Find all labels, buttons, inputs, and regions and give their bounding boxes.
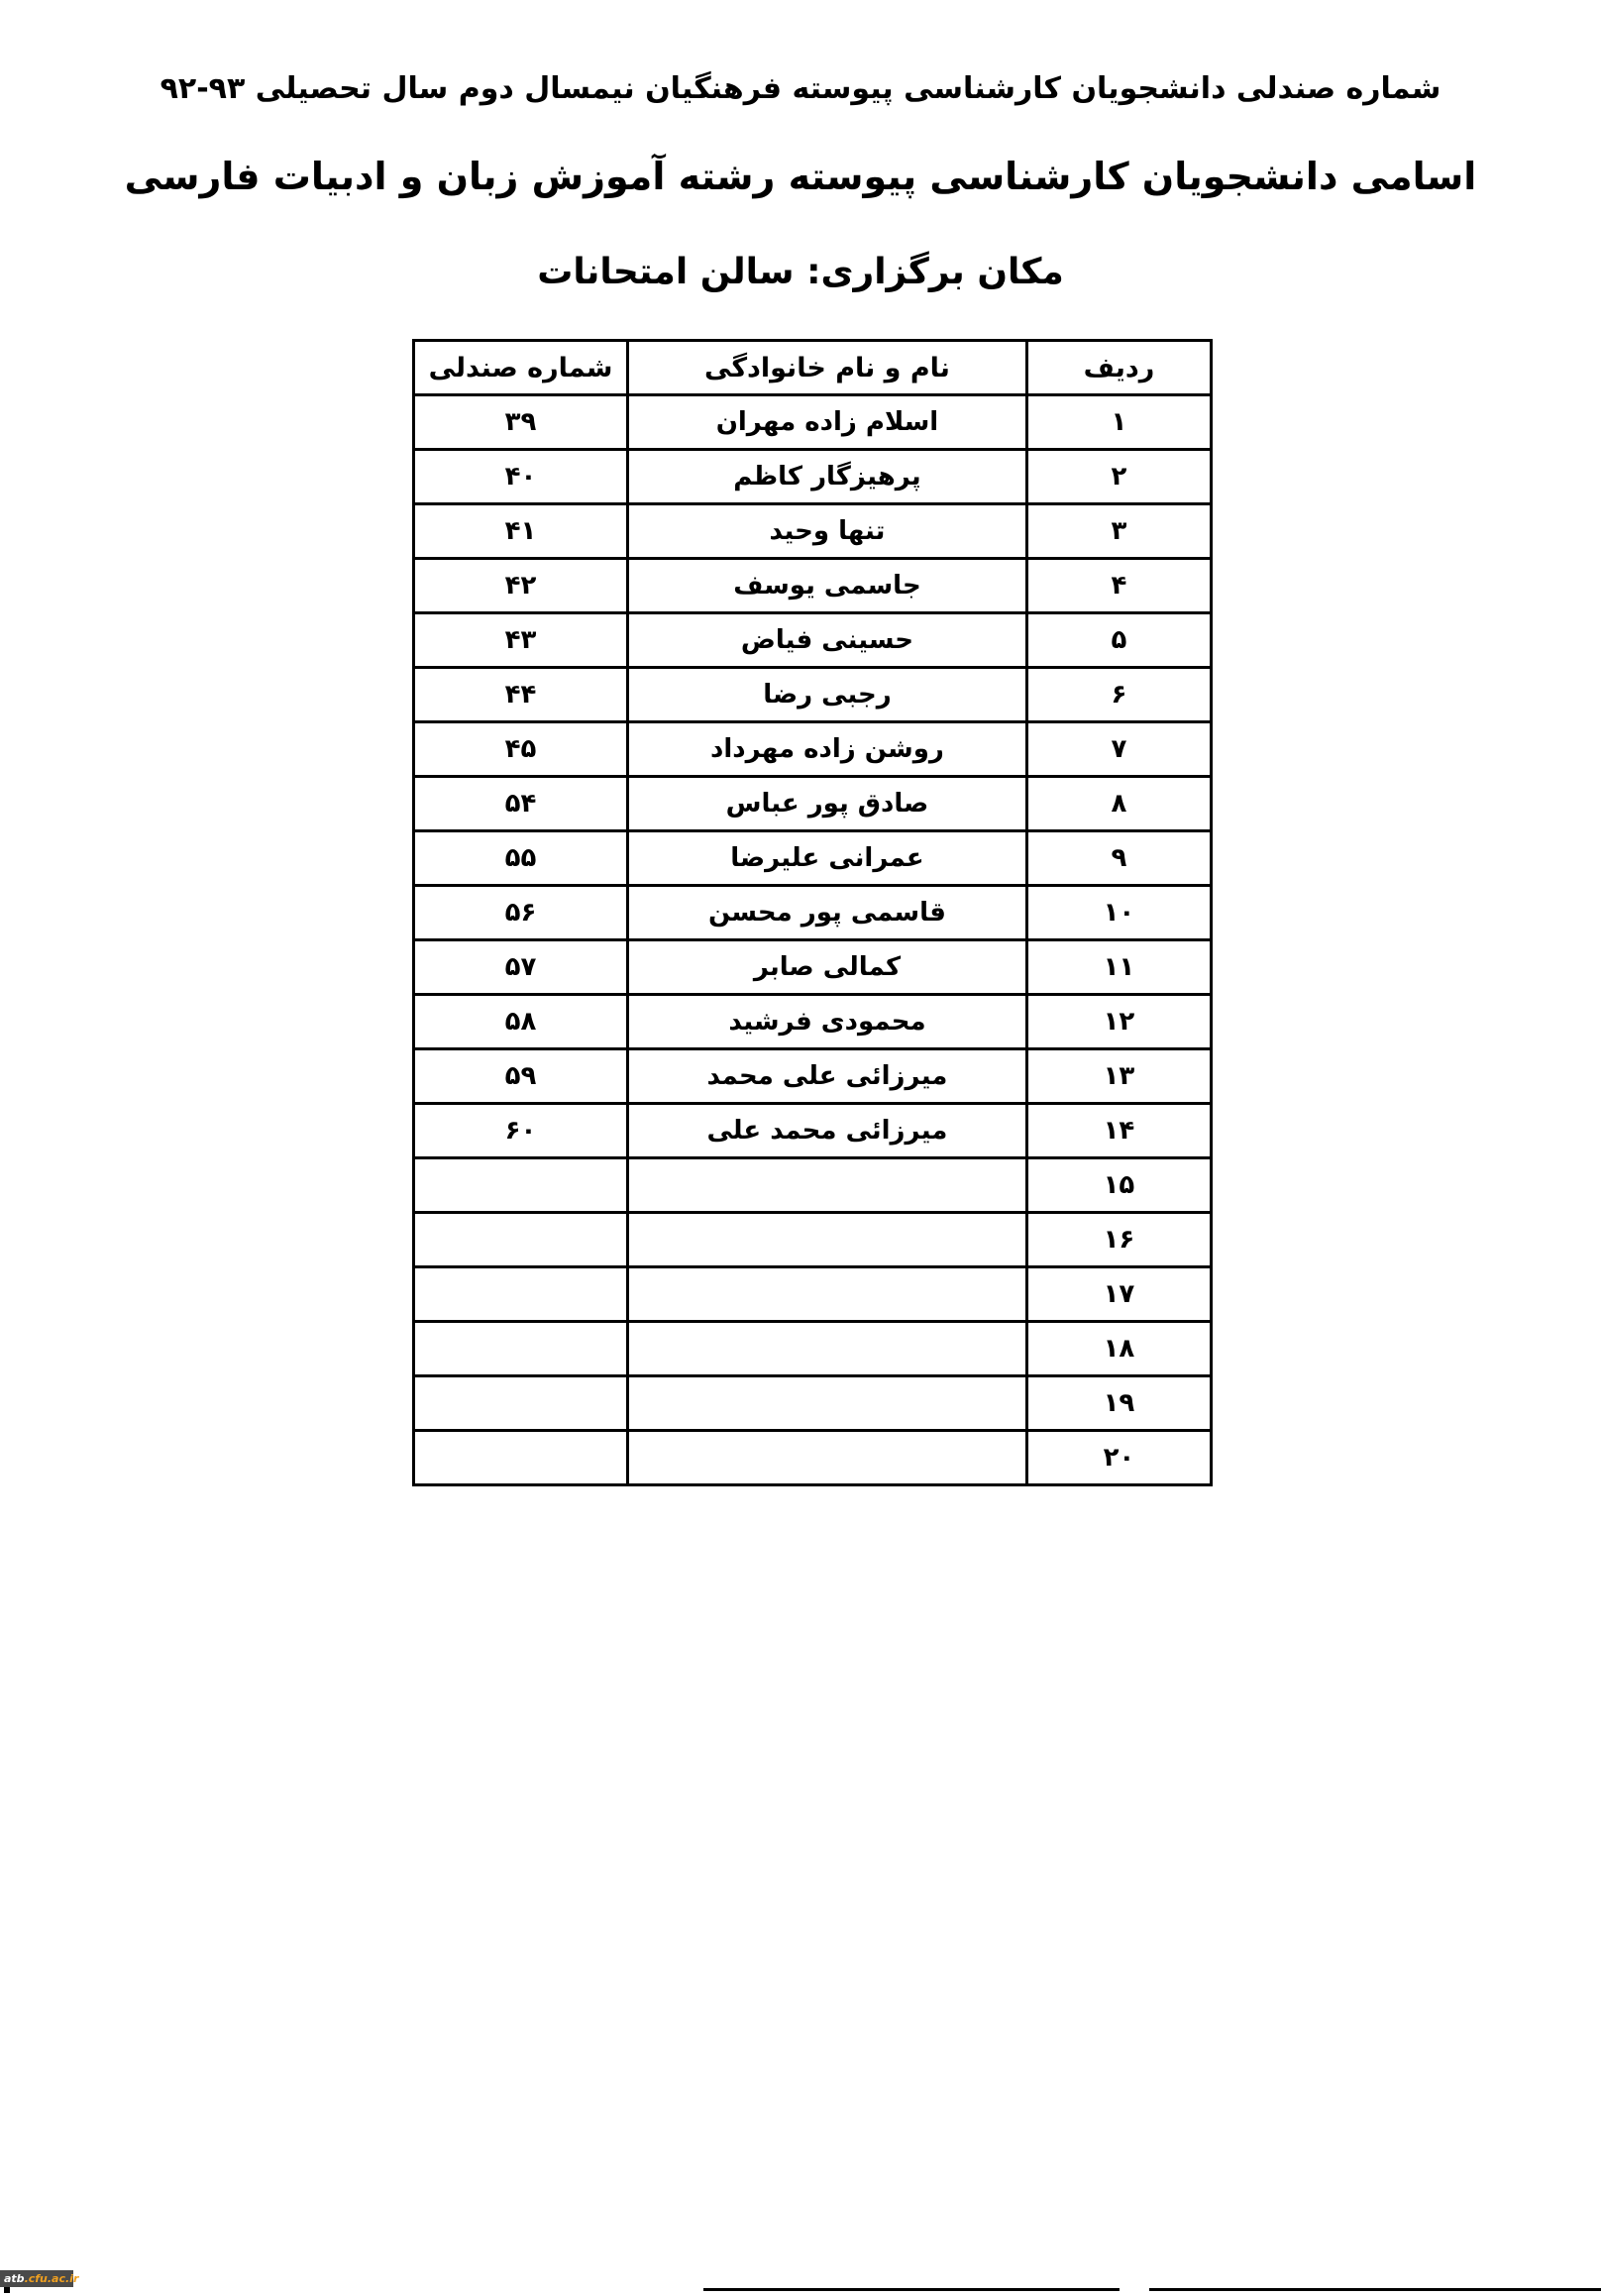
table-row: ۱۹: [414, 1376, 1212, 1431]
table-row: ۱۱کمالی صابر۵۷: [414, 940, 1212, 995]
site-watermark: atb.cfu.ac.ir: [0, 2270, 73, 2287]
table-row: ۱۶: [414, 1213, 1212, 1267]
student-name-cell: [628, 1267, 1027, 1322]
column-header-row-number: ردیف: [1026, 341, 1211, 395]
student-name-cell: عمرانی علیرضا: [628, 831, 1027, 886]
table-row: ۹عمرانی علیرضا۵۵: [414, 831, 1212, 886]
seat-number-cell: ۴۵: [414, 722, 628, 777]
table-row: ۵حسینی فیاض۴۳: [414, 613, 1212, 668]
row-number-cell: ۴: [1026, 559, 1211, 613]
table-row: ۲پرهیزگار کاظم۴۰: [414, 450, 1212, 504]
seat-number-cell: ۵۴: [414, 777, 628, 831]
table-row: ۱۴میرزائی محمد علی۶۰: [414, 1104, 1212, 1158]
seat-number-cell: ۴۳: [414, 613, 628, 668]
seat-list-heading: شماره صندلی دانشجویان کارشناسی پیوسته فر…: [0, 71, 1601, 106]
seat-number-cell: ۴۲: [414, 559, 628, 613]
table-row: ۲۰: [414, 1431, 1212, 1485]
seat-number-cell: [414, 1213, 628, 1267]
table-row: ۴جاسمی یوسف۴۲: [414, 559, 1212, 613]
seat-number-cell: ۴۰: [414, 450, 628, 504]
row-number-cell: ۲: [1026, 450, 1211, 504]
seat-number-cell: ۴۱: [414, 504, 628, 559]
seat-assignment-table: ردیف نام و نام خانوادگی شماره صندلی ۱اسل…: [412, 339, 1213, 1486]
seat-number-cell: [414, 1431, 628, 1485]
row-number-cell: ۶: [1026, 668, 1211, 722]
row-number-cell: ۱۹: [1026, 1376, 1211, 1431]
row-number-cell: ۱۳: [1026, 1049, 1211, 1104]
seat-number-cell: ۵۹: [414, 1049, 628, 1104]
table-row: ۷روشن زاده مهرداد۴۵: [414, 722, 1212, 777]
scan-mark: [4, 2287, 10, 2293]
scan-line: [1149, 2288, 1601, 2291]
exam-location: مکان برگزاری: سالن امتحانات: [0, 252, 1601, 292]
table-header-row: ردیف نام و نام خانوادگی شماره صندلی: [414, 341, 1212, 395]
table-row: ۱۸: [414, 1322, 1212, 1376]
student-name-cell: رجبی رضا: [628, 668, 1027, 722]
table-row: ۶رجبی رضا۴۴: [414, 668, 1212, 722]
seat-number-cell: ۵۵: [414, 831, 628, 886]
table-row: ۱۵: [414, 1158, 1212, 1213]
seat-number-cell: [414, 1267, 628, 1322]
student-name-cell: [628, 1431, 1027, 1485]
student-name-cell: پرهیزگار کاظم: [628, 450, 1027, 504]
table-row: ۱۲محمودی فرشید۵۸: [414, 995, 1212, 1049]
watermark-prefix: atb: [4, 2272, 25, 2285]
row-number-cell: ۱۱: [1026, 940, 1211, 995]
student-name-cell: [628, 1158, 1027, 1213]
seat-number-cell: ۵۷: [414, 940, 628, 995]
student-name-cell: کمالی صابر: [628, 940, 1027, 995]
seat-number-cell: ۳۹: [414, 395, 628, 450]
seat-number-cell: ۴۴: [414, 668, 628, 722]
student-name-cell: حسینی فیاض: [628, 613, 1027, 668]
student-name-cell: تنها وحید: [628, 504, 1027, 559]
student-name-cell: میرزائی محمد علی: [628, 1104, 1027, 1158]
student-name-cell: قاسمی پور محسن: [628, 886, 1027, 940]
seat-number-cell: [414, 1376, 628, 1431]
row-number-cell: ۷: [1026, 722, 1211, 777]
table-row: ۱۳میرزائی علی محمد۵۹: [414, 1049, 1212, 1104]
student-name-cell: میرزائی علی محمد: [628, 1049, 1027, 1104]
student-name-cell: جاسمی یوسف: [628, 559, 1027, 613]
seat-number-cell: ۶۰: [414, 1104, 628, 1158]
row-number-cell: ۱: [1026, 395, 1211, 450]
student-list-title: اسامی دانشجویان کارشناسی پیوسته رشته آمو…: [0, 155, 1601, 198]
table-row: ۸صادق پور عباس۵۴: [414, 777, 1212, 831]
row-number-cell: ۱۲: [1026, 995, 1211, 1049]
column-header-full-name: نام و نام خانوادگی: [628, 341, 1027, 395]
row-number-cell: ۱۶: [1026, 1213, 1211, 1267]
seat-number-cell: ۵۸: [414, 995, 628, 1049]
table-row: ۱۰قاسمی پور محسن۵۶: [414, 886, 1212, 940]
table-row: ۱اسلام زاده مهران۳۹: [414, 395, 1212, 450]
row-number-cell: ۱۸: [1026, 1322, 1211, 1376]
scan-line: [703, 2288, 1120, 2291]
row-number-cell: ۱۴: [1026, 1104, 1211, 1158]
student-name-cell: صادق پور عباس: [628, 777, 1027, 831]
column-header-seat-number: شماره صندلی: [414, 341, 628, 395]
table-row: ۱۷: [414, 1267, 1212, 1322]
student-name-cell: [628, 1322, 1027, 1376]
row-number-cell: ۳: [1026, 504, 1211, 559]
student-name-cell: محمودی فرشید: [628, 995, 1027, 1049]
student-name-cell: اسلام زاده مهران: [628, 395, 1027, 450]
row-number-cell: ۹: [1026, 831, 1211, 886]
seat-number-cell: [414, 1322, 628, 1376]
row-number-cell: ۱۷: [1026, 1267, 1211, 1322]
row-number-cell: ۵: [1026, 613, 1211, 668]
student-name-cell: [628, 1376, 1027, 1431]
row-number-cell: ۸: [1026, 777, 1211, 831]
seat-number-cell: [414, 1158, 628, 1213]
row-number-cell: ۲۰: [1026, 1431, 1211, 1485]
seat-number-cell: ۵۶: [414, 886, 628, 940]
student-name-cell: روشن زاده مهرداد: [628, 722, 1027, 777]
row-number-cell: ۱۵: [1026, 1158, 1211, 1213]
table-row: ۳تنها وحید۴۱: [414, 504, 1212, 559]
watermark-domain: .cfu.ac.ir: [25, 2272, 79, 2285]
student-name-cell: [628, 1213, 1027, 1267]
row-number-cell: ۱۰: [1026, 886, 1211, 940]
